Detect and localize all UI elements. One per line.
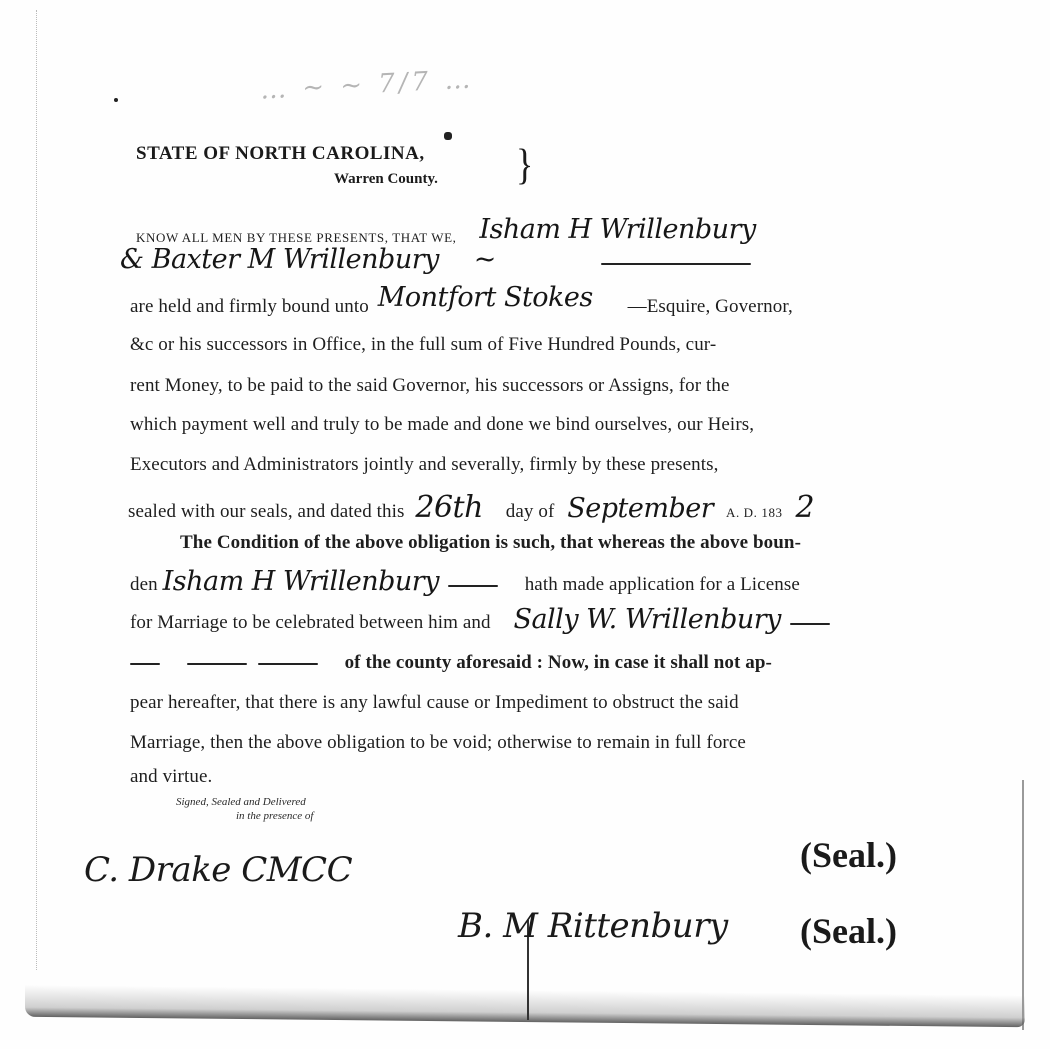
body-line-14: Marriage, then the above obligation to b… [130,732,746,754]
ink-blot [444,132,452,140]
handwritten-fill-line [448,585,498,587]
handwritten-fill-line [790,623,830,625]
body-line-6: which payment well and truly to be made … [130,414,754,436]
printed-text: hath made application for a License [525,574,800,595]
faint-top-annotation: … ~ ~ 7/7 … [259,64,475,105]
body-line-10: den Isham H Wrillenbury hath made applic… [130,566,800,597]
handwritten-bride-name: Sally W. Wrillenbury [513,604,780,635]
seal-2: (Seal.) [800,910,897,952]
body-line-3: are held and firmly bound unto Montfort … [130,288,793,319]
seal-1: (Seal.) [800,834,897,876]
brace-glyph: } [516,142,533,185]
handwritten-fill-line [258,663,318,665]
body-line-9: The Condition of the above obligation is… [180,532,801,554]
body-line-11: for Marriage to be celebrated between hi… [130,604,830,635]
handwritten-fill-line [130,663,160,665]
printed-text: sealed with our seals, and dated this [128,501,405,522]
state-heading: STATE OF NORTH CAROLINA, [136,143,425,165]
body-line-4: &c or his successors in Office, in the f… [130,334,716,356]
body-line-5: rent Money, to be paid to the said Gover… [130,375,730,397]
signed-sealed-delivered-note: Signed, Sealed and Delivered in the pres… [176,795,313,823]
handwritten-surety-name: & Baxter M Wrillenbury [120,244,439,275]
marriage-bond-document: … ~ ~ 7/7 … STATE OF NORTH CAROLINA, War… [0,0,1050,1049]
body-line-15: and virtue. [130,766,212,788]
printed-text: day of [506,501,555,522]
body-line-12: of the county aforesaid : Now, in case i… [130,652,772,674]
body-line-2: & Baxter M Wrillenbury ~ [120,244,751,275]
printed-text: of the county aforesaid : Now, in case i… [345,652,772,673]
handwritten-month: September [567,493,713,524]
handwritten-year-digit: 2 [796,490,815,525]
paper-left-edge [36,10,39,970]
surety-signature: B. M Rittenbury [458,906,728,946]
printed-text: are held and firmly bound unto [130,296,369,317]
handwritten-principal-name: Isham H Wrillenbury [479,214,755,245]
handwritten-principal-name: Isham H Wrillenbury [163,566,439,597]
ink-blot [114,98,118,102]
printed-text: A. D. 183 [726,505,783,520]
body-line-13: pear hereafter, that there is any lawful… [130,692,739,714]
body-line-7: Executors and Administrators jointly and… [130,454,718,476]
printed-text: —Esquire, Governor, [628,296,793,317]
paper-bottom-shadow [25,985,1025,1027]
printed-text: den [130,574,158,595]
handwritten-governor-name: Montfort Stokes [378,282,593,313]
signed-note-line-2: in the presence of [176,809,313,823]
body-line-8: sealed with our seals, and dated this 26… [128,490,814,525]
county-heading: Warren County. [334,171,438,188]
handwritten-fill-line [601,263,751,265]
printed-text: for Marriage to be celebrated between hi… [130,612,491,633]
handwritten-mark: ~ [474,244,496,275]
printed-text: KNOW ALL MEN BY THESE PRESENTS, THAT WE, [136,230,457,245]
signed-note-line-1: Signed, Sealed and Delivered [176,795,313,809]
paper-right-edge [1022,780,1024,1030]
handwritten-fill-line [187,663,247,665]
witness-signature: C. Drake CMCC [84,850,352,890]
handwritten-day: 26th [415,490,483,525]
